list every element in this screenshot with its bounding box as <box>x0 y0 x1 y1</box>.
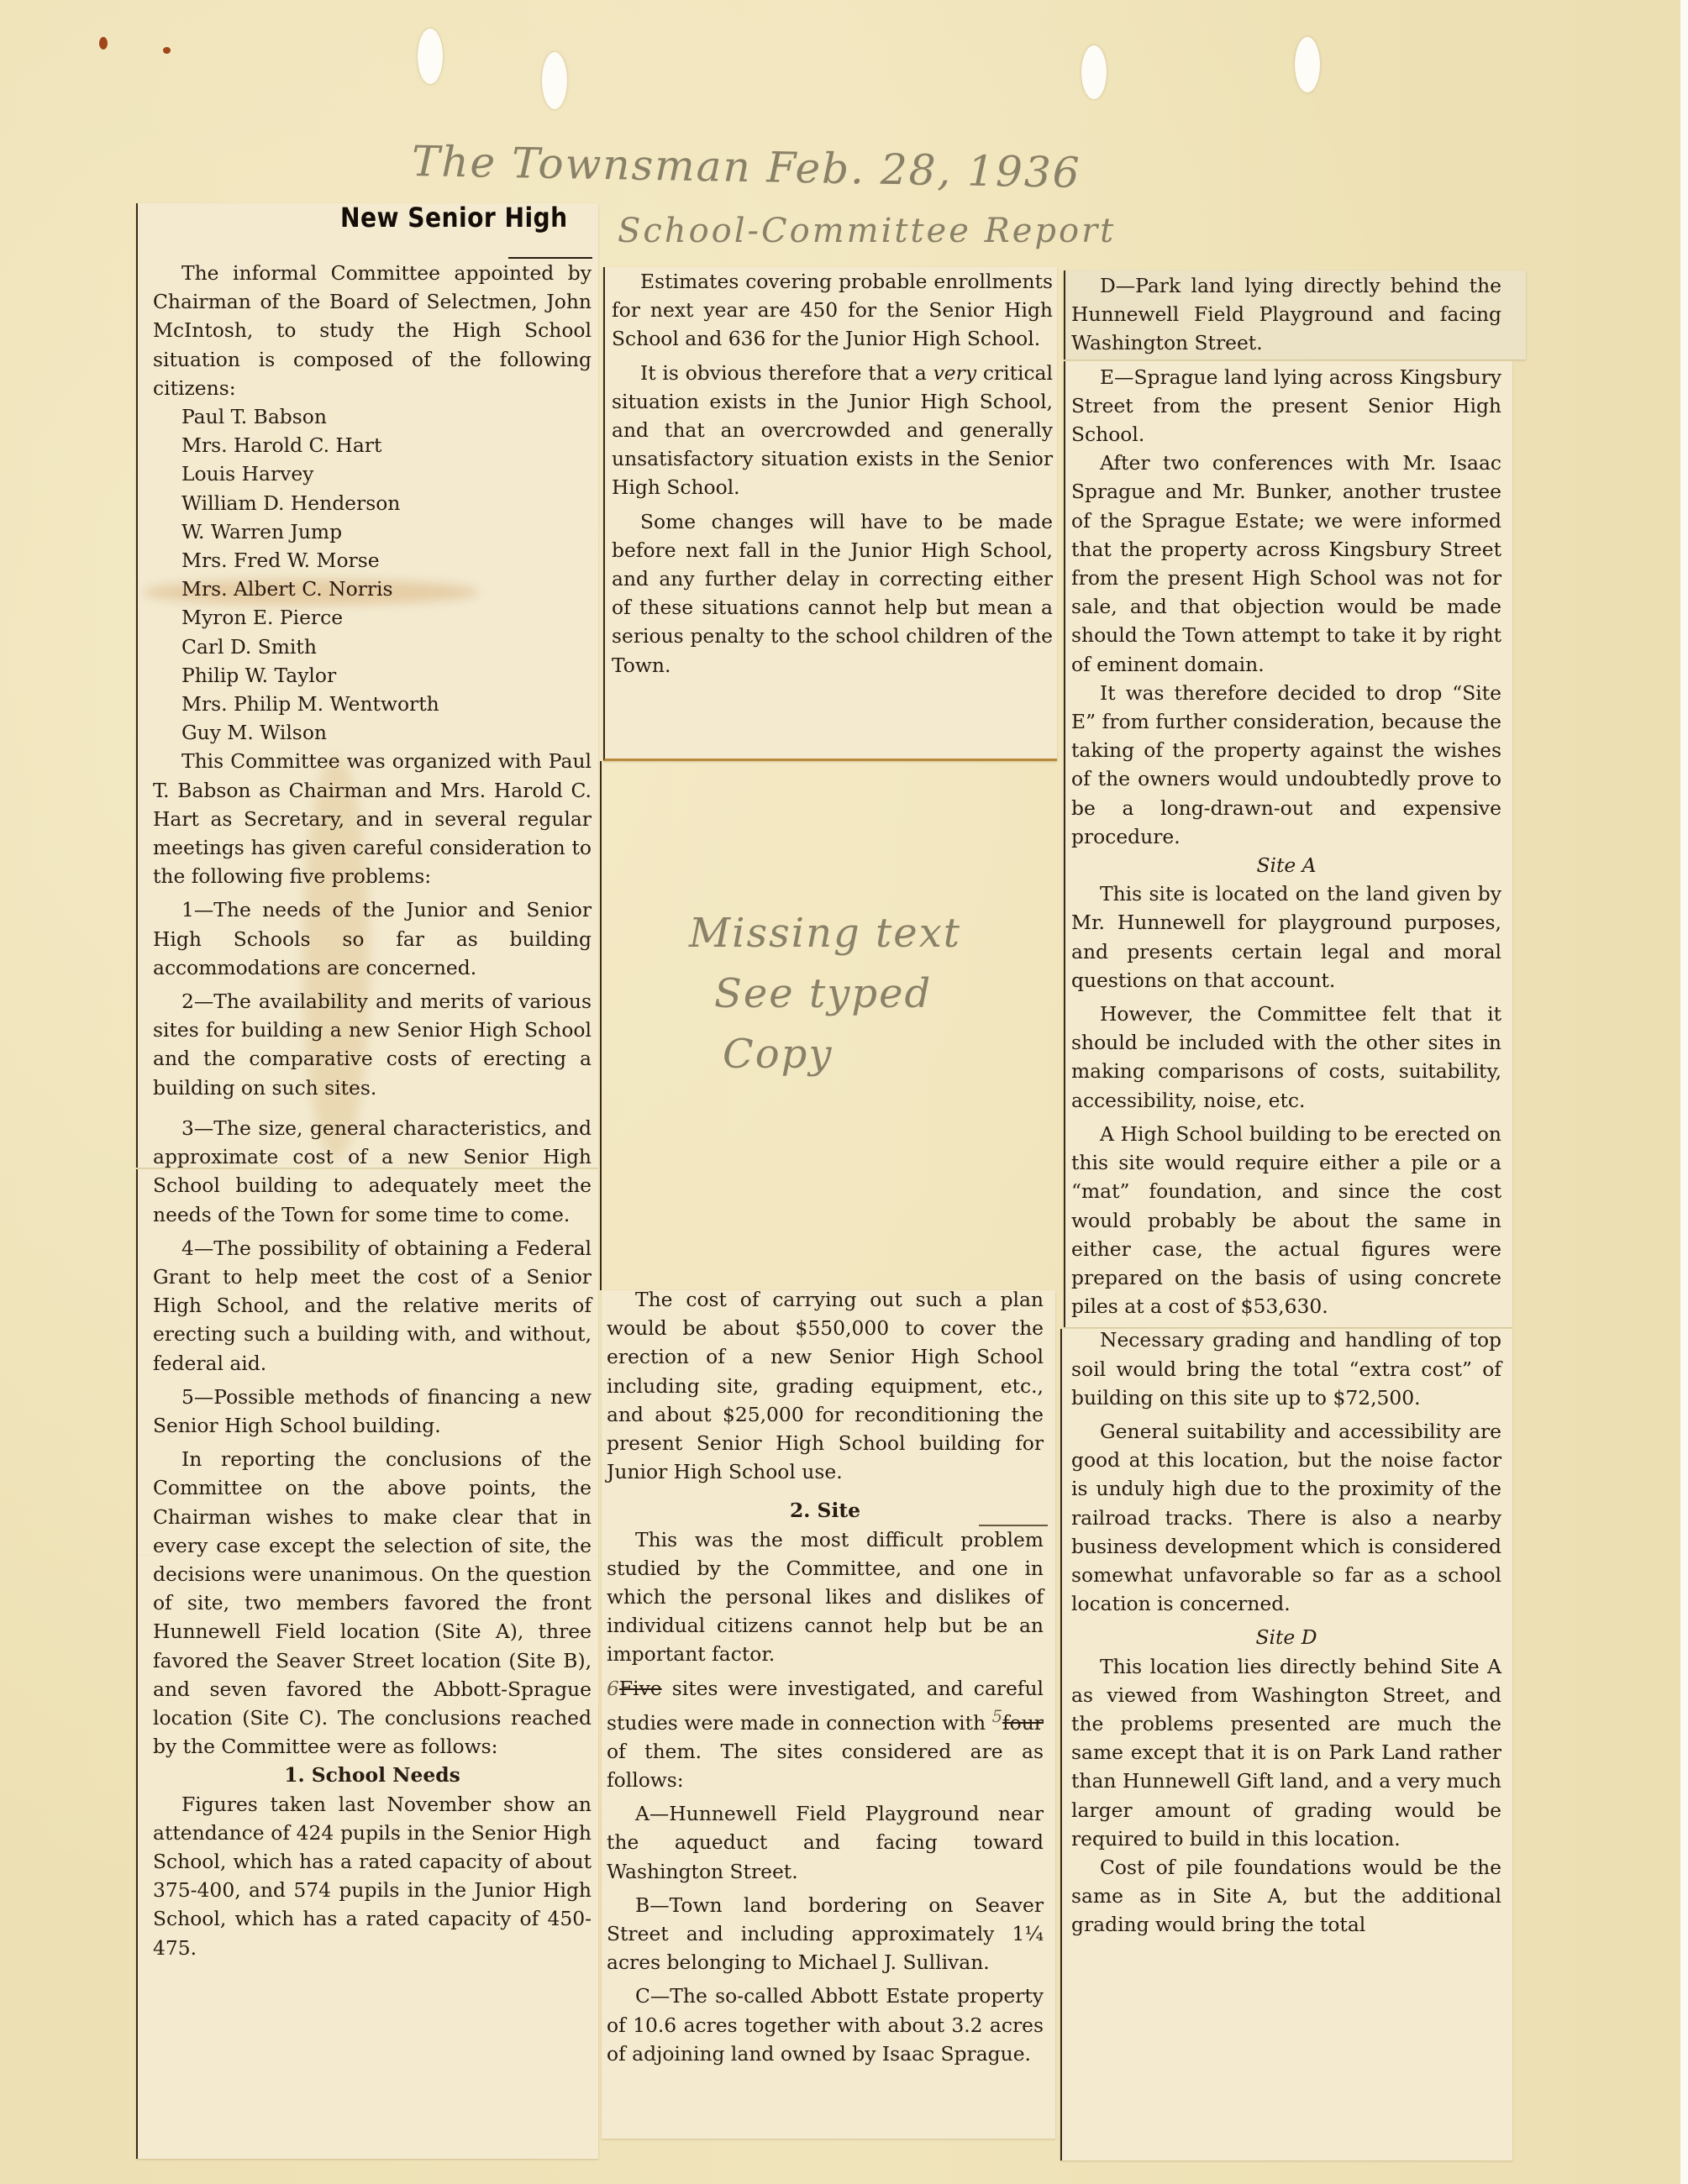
site-e-list-item: E—Sprague land lying across Kingsbury St… <box>1071 363 1501 449</box>
struck-word-five: Five <box>619 1677 662 1700</box>
pencil-rule <box>979 1525 1048 1526</box>
note-line: Copy <box>689 1024 961 1084</box>
obvious-paragraph: It is obvious therefore that a very crit… <box>612 359 1053 502</box>
punch-hole <box>542 52 567 109</box>
site-d-list-item: D—Park land lying directly behind the Hu… <box>1071 271 1501 358</box>
site-list-item: A—Hunnewell Field Playground near the aq… <box>607 1799 1044 1886</box>
cost-paragraph: The cost of carrying out such a plan wou… <box>607 1285 1044 1486</box>
column-3: D—Park land lying directly behind the Hu… <box>1071 271 1501 1940</box>
member-name: Myron E. Pierce <box>153 603 592 632</box>
rust-spot <box>99 37 108 50</box>
rust-spot <box>163 47 171 54</box>
problem-item: 2—The availability and merits of various… <box>153 987 592 1102</box>
column-1: The informal Committee appointed by Chai… <box>153 259 592 1962</box>
column-2-bottom: The cost of carrying out such a plan wou… <box>607 1285 1044 2068</box>
section-heading-site-d: Site D <box>1071 1623 1501 1651</box>
page-edge <box>1680 0 1688 2184</box>
member-name: William D. Henderson <box>153 489 592 517</box>
blank-space-border <box>600 761 602 1290</box>
organized-paragraph: This Committee was organized with Paul T… <box>153 747 592 890</box>
problem-item: 5—Possible methods of financing a new Se… <box>153 1383 592 1440</box>
intro-paragraph: The informal Committee appointed by Chai… <box>153 259 592 402</box>
note-line: See typed <box>689 963 961 1024</box>
school-needs-paragraph: Figures taken last November show an atte… <box>153 1790 592 1962</box>
member-name: Philip W. Taylor <box>153 661 592 690</box>
site-list-item: B—Town land bordering on Seaver Street a… <box>607 1891 1044 1977</box>
member-name: Guy M. Wilson <box>153 718 592 747</box>
handwritten-headline-completion: School-Committee Report <box>618 212 1116 250</box>
member-name: Mrs. Philip M. Wentworth <box>153 690 592 718</box>
site-intro-paragraph: This was the most difficult problem stud… <box>607 1525 1044 1669</box>
pencil-edit-five: 5 <box>992 1707 1002 1726</box>
site-a-paragraph: Necessary grading and handling of top so… <box>1071 1326 1501 1412</box>
problem-item: 1—The needs of the Junior and Senior Hig… <box>153 895 592 982</box>
emphasis-very: very <box>933 361 976 385</box>
member-name: W. Warren Jump <box>153 517 592 546</box>
punch-hole <box>418 29 443 84</box>
estimates-paragraph: Estimates covering probable enrollments … <box>612 267 1053 354</box>
problem-item: 3—The size, general characteristics, and… <box>153 1114 592 1229</box>
section-heading-school-needs: 1. School Needs <box>153 1761 592 1789</box>
member-name: Louis Harvey <box>153 459 592 488</box>
sites-investigated-paragraph: 6Five sites were investigated, and caref… <box>607 1674 1044 1795</box>
section-heading-site: 2. Site <box>607 1496 1044 1525</box>
note-line: Missing text <box>689 903 961 963</box>
site-a-paragraph: However, the Committee felt that it shou… <box>1071 1000 1501 1115</box>
drop-site-e-paragraph: It was therefore decided to drop “Site E… <box>1071 679 1501 851</box>
conferences-paragraph: After two conferences with Mr. Isaac Spr… <box>1071 449 1501 679</box>
struck-word-four: four <box>1002 1711 1044 1735</box>
reporting-paragraph: In reporting the conclusions of the Comm… <box>153 1445 592 1761</box>
site-a-paragraph: This site is located on the land given b… <box>1071 879 1501 995</box>
text-run: It is obvious therefore that a <box>640 361 933 385</box>
member-name: Mrs. Albert C. Norris <box>153 575 592 603</box>
pencil-edit-six: 6 <box>607 1677 619 1700</box>
member-name: Paul T. Babson <box>153 402 592 431</box>
problem-item: 4—The possibility of obtaining a Federal… <box>153 1234 592 1378</box>
member-name: Carl D. Smith <box>153 633 592 661</box>
changes-paragraph: Some changes will have to be made before… <box>612 507 1053 680</box>
section-heading-site-a: Site A <box>1071 851 1501 879</box>
text-run: of them. The sites considered are as fol… <box>607 1740 1044 1792</box>
text-run: sites were investigated, and careful stu… <box>607 1677 1044 1735</box>
member-name: Mrs. Fred W. Morse <box>153 546 592 575</box>
handwritten-missing-text-note: Missing text See typed Copy <box>689 903 961 1084</box>
site-a-paragraph: General suitability and accessibility ar… <box>1071 1417 1501 1618</box>
site-d-paragraph: This location lies directly behind Site … <box>1071 1652 1501 1853</box>
headline: New Senior High <box>340 202 568 234</box>
site-a-paragraph: A High School building to be erected on … <box>1071 1120 1501 1320</box>
punch-hole <box>1295 37 1320 92</box>
member-name: Mrs. Harold C. Hart <box>153 431 592 459</box>
site-d-paragraph: Cost of pile foundations would be the sa… <box>1071 1853 1501 1940</box>
site-list-item: C—The so-called Abbott Estate property o… <box>607 1982 1044 2068</box>
column-2-top: Estimates covering probable enrollments … <box>612 267 1053 680</box>
punch-hole <box>1081 45 1107 99</box>
